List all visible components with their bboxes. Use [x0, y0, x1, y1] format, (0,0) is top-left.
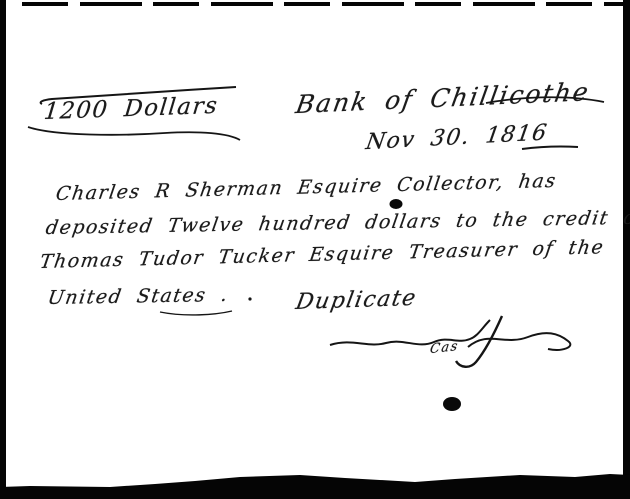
amount-underline-flourish — [28, 127, 240, 140]
period-dot — [248, 297, 251, 300]
scan-border-left — [0, 0, 6, 499]
ink-blot-large — [443, 397, 461, 411]
duplicate-label: Duplicate — [294, 286, 419, 315]
body-line-1: Charles R Sherman Esquire Collector, has — [54, 170, 558, 205]
amount-line: 1200 Dollars — [43, 93, 220, 125]
states-underline-flourish — [160, 311, 232, 315]
cashier-annotation: Cas — [429, 339, 460, 357]
signature-cross-stroke — [456, 316, 502, 367]
scan-border-bottom — [0, 473, 630, 499]
signature-tail-flourish — [468, 333, 570, 350]
body-line-3: Thomas Tudor Tucker Esquire Treasurer of… — [38, 236, 606, 273]
date-line: Nov 30. 1816 — [364, 120, 550, 155]
scan-border-right — [623, 0, 630, 499]
bank-name-line: Bank of Chillicothe — [294, 77, 593, 119]
signature-flourish — [330, 320, 490, 345]
body-line-4: United States . — [46, 284, 230, 309]
ink-blot-small — [390, 199, 403, 209]
date-dash-flourish — [522, 146, 578, 149]
scanned-deposit-receipt: 1200 Dollars Bank of Chillicothe Nov 30.… — [0, 0, 630, 499]
scan-border-top — [22, 2, 626, 6]
body-line-2: deposited Twelve hundred dollars to the … — [44, 207, 630, 240]
